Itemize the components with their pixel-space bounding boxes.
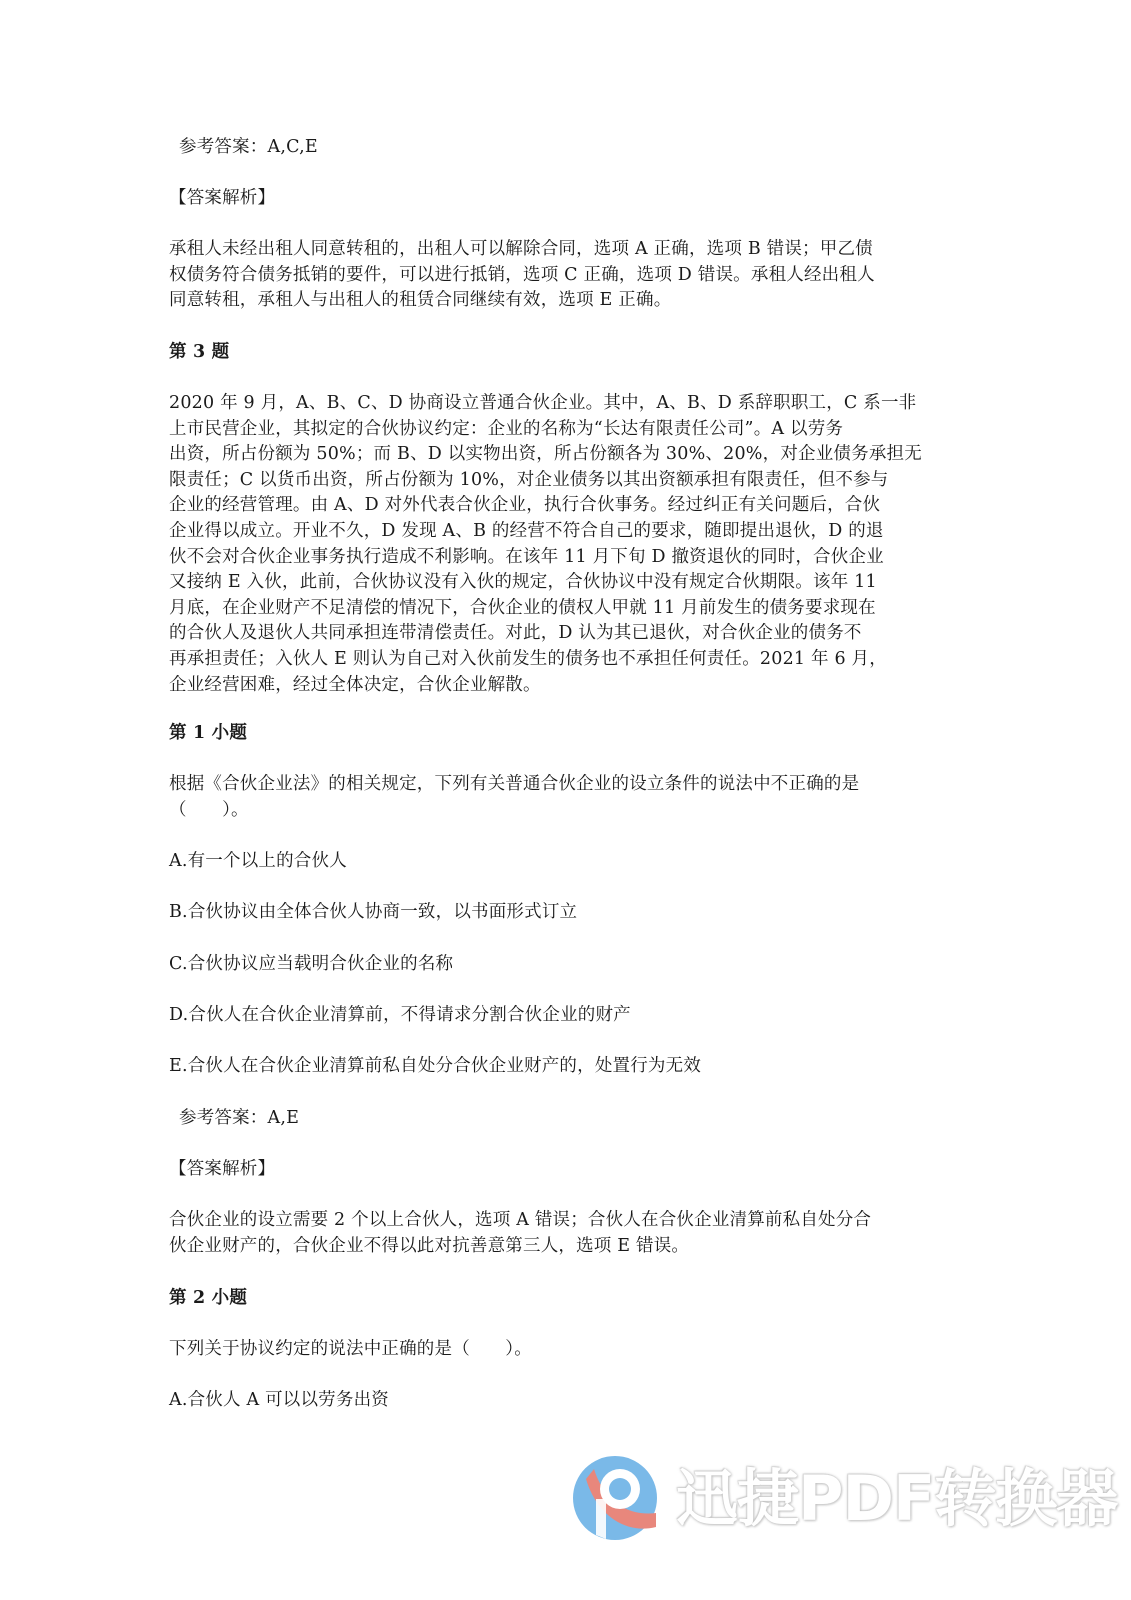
sub-question-2-option-a: A.合伙人 A 可以以劳务出资: [169, 1388, 944, 1414]
sub-question-1-option-c: C.合伙协议应当载明合伙企业的名称: [169, 952, 944, 978]
analysis-title-prev: 【答案解析】: [169, 186, 944, 212]
sub-question-1-stem: 根据《合伙企业法》的相关规定，下列有关普通合伙企业的设立条件的说法中不正确的是 …: [169, 772, 944, 823]
sub-question-1-reference-answer: 参考答案：A,E: [179, 1106, 954, 1132]
question-3-title: 第 3 题: [169, 340, 944, 366]
sub-question-1-title: 第 1 小题: [169, 721, 944, 747]
sub-question-2-title: 第 2 小题: [169, 1286, 944, 1312]
sub-question-1-option-b: B.合伙协议由全体合伙人协商一致，以书面形式订立: [169, 900, 944, 926]
xunjie-pdf-logo-icon: [572, 1455, 658, 1541]
sub-question-2-stem: 下列关于协议约定的说法中正确的是（ ）。: [169, 1337, 944, 1363]
watermark-text: 迅捷PDF转换器: [676, 1459, 1117, 1539]
sub-question-1-option-e: E.合伙人在合伙企业清算前私自处分合伙企业财产的，处置行为无效: [169, 1054, 944, 1080]
sub-question-1-option-d: D.合伙人在合伙企业清算前，不得请求分割合伙企业的财产: [169, 1003, 944, 1029]
question-3-stem: 2020 年 9 月，A、B、C、D 协商设立普通合伙企业。其中，A、B、D 系…: [169, 391, 944, 698]
sub-question-1-analysis-title: 【答案解析】: [169, 1157, 944, 1183]
sub-question-1-analysis-text: 合伙企业的设立需要 2 个以上合伙人，选项 A 错误；合伙人在合伙企业清算前私自…: [169, 1208, 944, 1259]
watermark: 迅捷PDF转换器: [572, 1455, 1092, 1565]
analysis-text-prev: 承租人未经出租人同意转租的，出租人可以解除合同，选项 A 正确，选项 B 错误；…: [169, 237, 944, 314]
sub-question-1-option-a: A.有一个以上的合伙人: [169, 849, 944, 875]
reference-answer-prev: 参考答案：A,C,E: [179, 135, 954, 161]
